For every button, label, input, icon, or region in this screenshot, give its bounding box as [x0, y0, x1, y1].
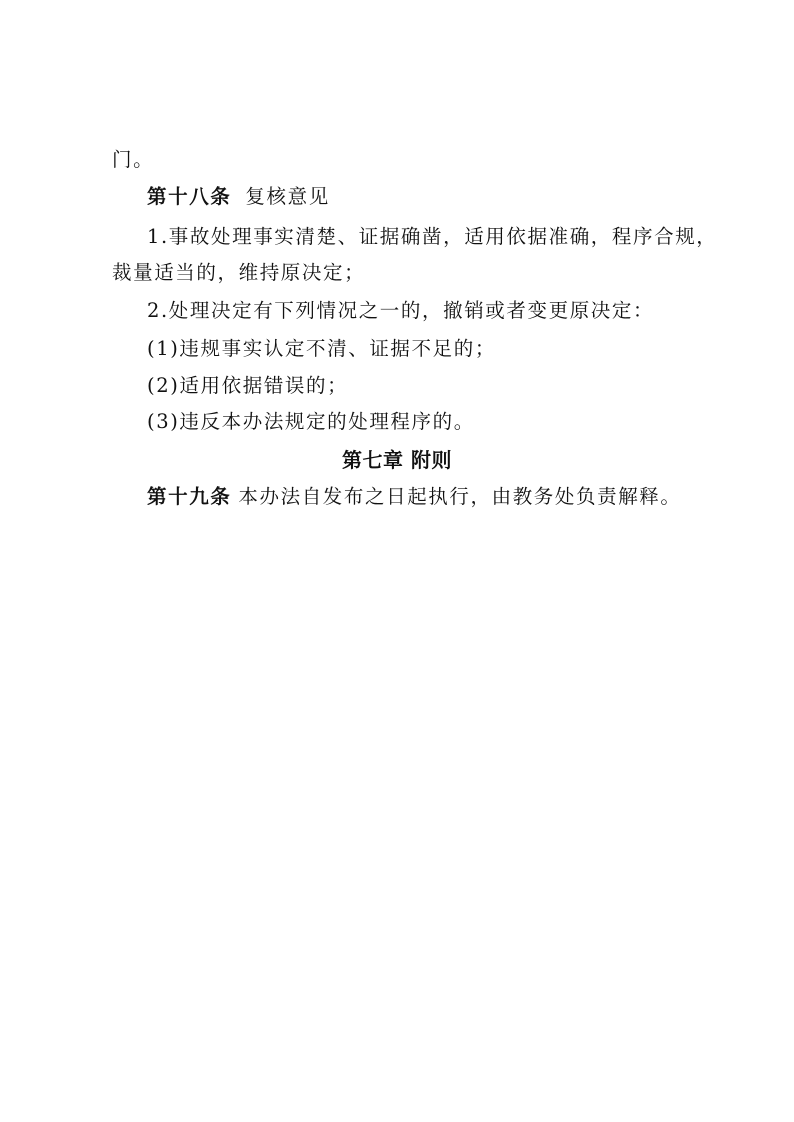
- continuation-text: 门。: [112, 148, 697, 172]
- article-18-title: 复核意见: [245, 185, 329, 208]
- article-18-heading: 第十八条复核意见: [147, 185, 732, 209]
- article-18-sub-item-1: (1)违规事实认定不清、证据不足的；: [147, 337, 732, 361]
- article-19-label: 第十九条: [147, 485, 231, 508]
- chapter-7-heading: 第七章 附则: [0, 448, 794, 472]
- article-18-item-1-line-1: 1.事故处理事实清楚、证据确凿，适用依据准确，程序合规，: [147, 225, 732, 249]
- document-page: 门。 第十八条复核意见 1.事故处理事实清楚、证据确凿，适用依据准确，程序合规，…: [0, 0, 794, 1122]
- article-18-label: 第十八条: [147, 185, 231, 208]
- article-18-item-2: 2.处理决定有下列情况之一的，撤销或者变更原决定：: [147, 299, 732, 323]
- article-18-sub-item-3: (3)违反本办法规定的处理程序的。: [147, 410, 732, 434]
- article-19-text: 本办法自发布之日起执行，由教务处负责解释。: [238, 485, 681, 508]
- article-18-item-1-line-2: 裁量适当的，维持原决定；: [112, 261, 697, 285]
- article-19: 第十九条本办法自发布之日起执行，由教务处负责解释。: [147, 485, 732, 509]
- article-18-sub-item-2: (2)适用依据错误的；: [147, 374, 732, 398]
